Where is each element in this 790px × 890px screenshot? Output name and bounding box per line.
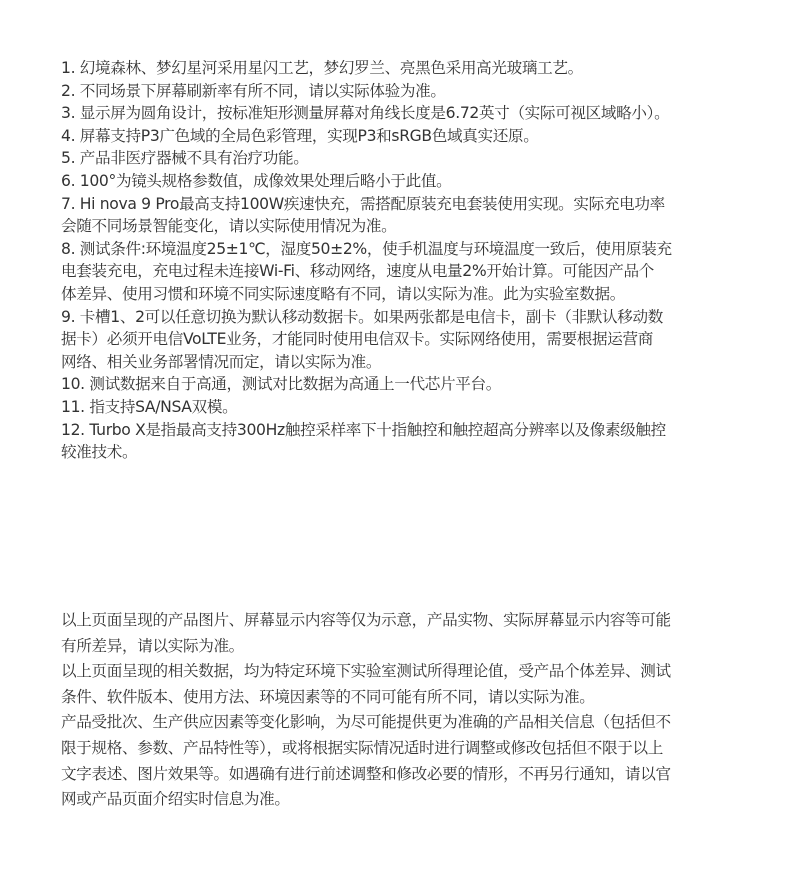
- note-line: 较准技术。: [61, 441, 751, 464]
- note-line: 2. 不同场景下屏幕刷新率有所不同，请以实际体验为准。: [61, 80, 751, 103]
- disclaimer: 以上页面呈现的产品图片、屏幕显示内容等仅为示意，产品实物、实际屏幕显示内容等可能…: [61, 608, 751, 813]
- disclaimer-line: 条件、软件版本、使用方法、环境因素等的不同可能有所不同，请以实际为准。: [61, 685, 751, 711]
- product-notes: 1. 幻境森林、梦幻星河采用星闪工艺，梦幻罗兰、亮黑色采用高光玻璃工艺。 2. …: [61, 57, 751, 464]
- disclaimer-line: 网或产品页面介绍实时信息为准。: [61, 787, 751, 813]
- note-line: 1. 幻境森林、梦幻星河采用星闪工艺，梦幻罗兰、亮黑色采用高光玻璃工艺。: [61, 57, 751, 80]
- note-line: 4. 屏幕支持P3广色域的全局色彩管理，实现P3和sRGB色域真实还原。: [61, 125, 751, 148]
- disclaimer-line: 以上页面呈现的相关数据，均为特定环境下实验室测试所得理论值，受产品个体差异、测试: [61, 659, 751, 685]
- note-line: 据卡）必须开电信VoLTE业务，才能同时使用电信双卡。实际网络使用，需要根据运营…: [61, 328, 751, 351]
- note-line: 电套装充电，充电过程未连接Wi-Fi、移动网络，速度从电量2%开始计算。可能因产…: [61, 260, 751, 283]
- note-line: 体差异、使用习惯和环境不同实际速度略有不同，请以实际为准。此为实验室数据。: [61, 283, 751, 306]
- note-line: 10. 测试数据来自于高通，测试对比数据为高通上一代芯片平台。: [61, 373, 751, 396]
- disclaimer-line: 以上页面呈现的产品图片、屏幕显示内容等仅为示意，产品实物、实际屏幕显示内容等可能: [61, 608, 751, 634]
- note-line: 3. 显示屏为圆角设计，按标准矩形测量屏幕对角线长度是6.72英寸（实际可视区域…: [61, 102, 751, 125]
- note-line: 6. 100°为镜头规格参数值，成像效果处理后略小于此值。: [61, 170, 751, 193]
- note-line: 网络、相关业务部署情况而定，请以实际为准。: [61, 351, 751, 374]
- disclaimer-line: 产品受批次、生产供应因素等变化影响，为尽可能提供更为准确的产品相关信息（包括但不: [61, 710, 751, 736]
- note-line: 9. 卡槽1、2可以任意切换为默认移动数据卡。如果两张都是电信卡，副卡（非默认移…: [61, 306, 751, 329]
- note-line: 12. Turbo X是指最高支持300Hz触控采样率下十指触控和触控超高分辨率…: [61, 419, 751, 442]
- note-line: 5. 产品非医疗器械不具有治疗功能。: [61, 147, 751, 170]
- disclaimer-line: 文字表述、图片效果等。如遇确有进行前述调整和修改必要的情形，不再另行通知，请以官: [61, 762, 751, 788]
- note-line: 会随不同场景智能变化，请以实际使用情况为准。: [61, 215, 751, 238]
- note-line: 11. 指支持SA/NSA双模。: [61, 396, 751, 419]
- disclaimer-line: 有所差异，请以实际为准。: [61, 634, 751, 660]
- note-line: 8. 测试条件:环境温度25±1℃，湿度50±2%，使手机温度与环境温度一致后，…: [61, 238, 751, 261]
- disclaimer-line: 限于规格、参数、产品特性等），或将根据实际情况适时进行调整或修改包括但不限于以上: [61, 736, 751, 762]
- note-line: 7. Hi nova 9 Pro最高支持100W疾速快充，需搭配原装充电套装使用…: [61, 193, 751, 216]
